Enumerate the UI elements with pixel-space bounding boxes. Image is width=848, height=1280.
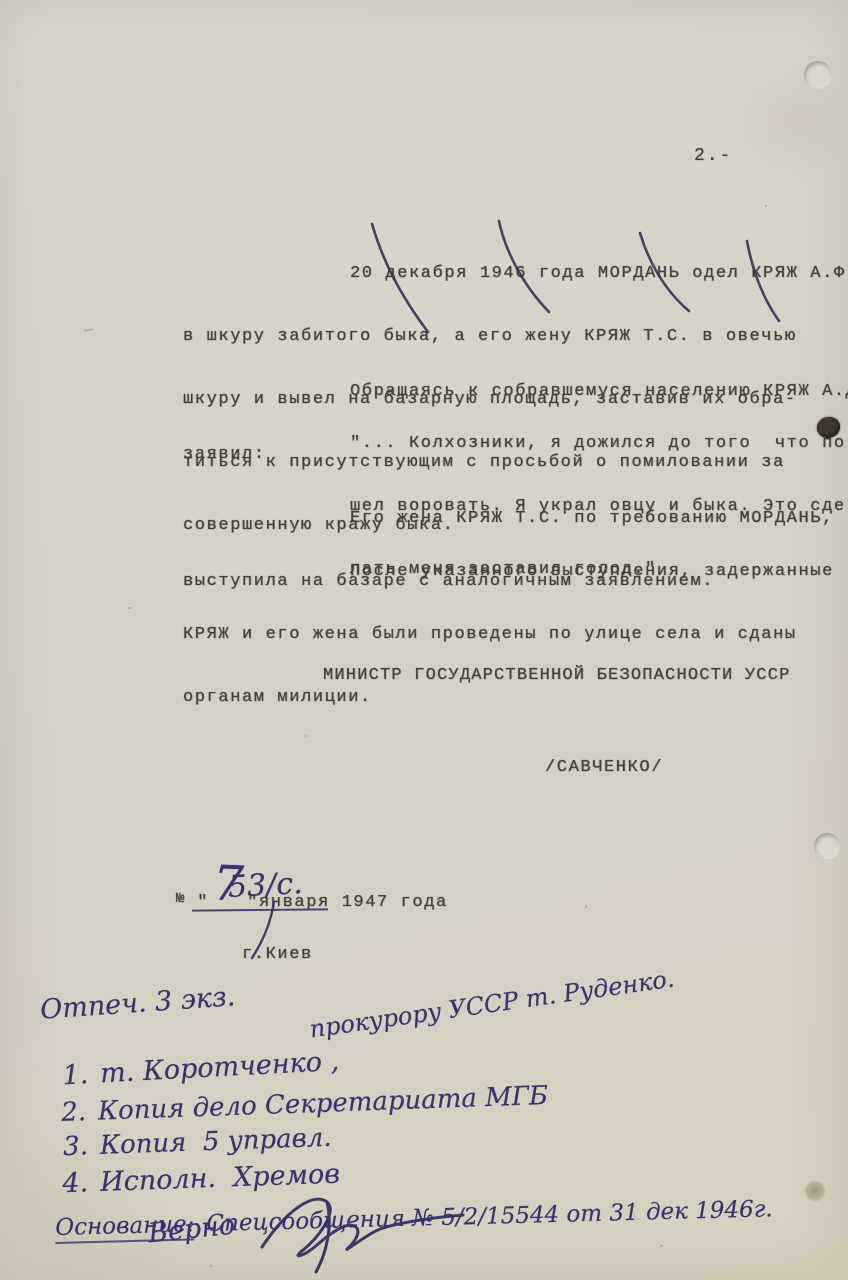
scanned-document-page: 2.- 20 декабря 1946 года МОРДАНЬ одел КР… xyxy=(0,0,848,1280)
paper-speck xyxy=(210,1265,212,1267)
city-line: г.Киев xyxy=(242,944,313,965)
paper-speck xyxy=(490,640,492,642)
paper-speck xyxy=(765,205,767,207)
paper-speck xyxy=(660,1245,663,1247)
note-item-1-tail: прокурору УССР т. Руденко. xyxy=(308,965,676,1044)
pencil-dash xyxy=(84,328,93,331)
handwritten-doc-number: 53/с. xyxy=(227,866,303,905)
paper-stain xyxy=(805,1180,825,1202)
typed-line: органам милиции. xyxy=(183,687,834,708)
minister-name: /САВЧЕНКО/ xyxy=(545,757,663,778)
typed-line: 20 декабря 1946 года МОРДАНЬ одел КРЯЖ А… xyxy=(183,263,848,284)
page-number: 2.- xyxy=(694,146,732,166)
paper-speck xyxy=(585,905,587,908)
typed-line: После указанного выступления, задержанны… xyxy=(183,561,834,582)
punch-hole-bottom xyxy=(814,833,840,859)
basis-text: Спецсообщения № 5/2/15544 от 31 дек 1946… xyxy=(206,1196,773,1237)
minister-title: МИНИСТР ГОСУДАРСТВЕННОЙ БЕЗОПАСНОСТИ УСС… xyxy=(323,665,790,686)
paper-speck xyxy=(128,607,131,609)
paper-speck xyxy=(305,735,307,737)
typed-line: "... Колхозники, я дожился до того что п… xyxy=(350,433,848,454)
typed-line: КРЯЖ и его жена были проведены по улице … xyxy=(183,624,834,645)
punch-hole-top xyxy=(804,61,832,89)
copies-note: Отпеч. 3 экз. xyxy=(39,981,236,1026)
paragraph-5: После указанного выступления, задержанны… xyxy=(183,519,834,750)
number-symbol: № xyxy=(176,889,186,910)
